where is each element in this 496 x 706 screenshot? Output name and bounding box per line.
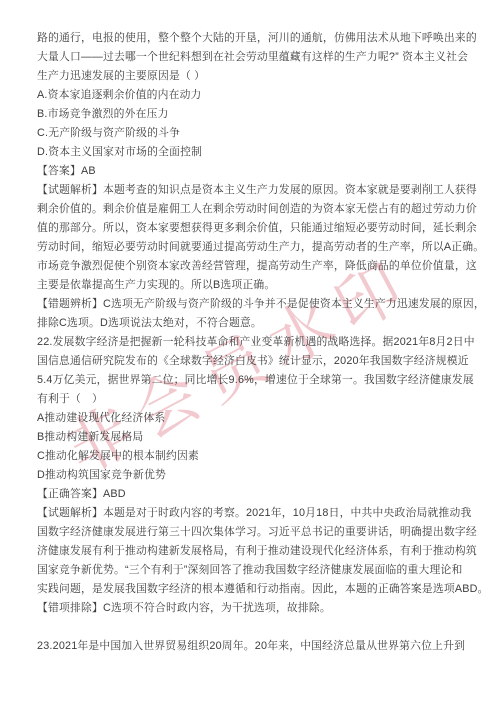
text-line: 国数字经济健康发展进行第三十四次集体学习。习近平总书记的重要讲话，明确提出数字经 bbox=[37, 523, 470, 542]
text-line: 【错题辨析】C选项无产阶级与资产阶级的斗争并不是促使资本主义生产力迅速发展的原因… bbox=[37, 295, 470, 314]
text-line: 劳动时间，缩短必要劳动时间就要通过提高劳动生产力，提高劳动者的生产率，所以A正确… bbox=[37, 238, 470, 257]
text-line: C.无产阶级与资产阶级的斗争 bbox=[37, 124, 470, 143]
text-line: 【试题解析】本题是对于时政内容的考察。2021年，10月18日，中共中央政治局就… bbox=[37, 504, 470, 523]
text-line: D.资本主义国家对市场的全面控制 bbox=[37, 143, 470, 162]
text-line: 大量人口——过去哪一个世纪料想到在社会劳动里蕴藏有这样的生产力呢?” 资本主义社… bbox=[37, 48, 470, 67]
text-line: 23.2021年是中国加入世界贸易组织20周年。20年来，中国经济总量从世界第六… bbox=[37, 637, 470, 656]
text-line: 排除C选项。D选项说法太绝对，不符合题意。 bbox=[37, 314, 470, 333]
text-line: 主要是依靠提高生产力实现的。所以B选项正确。 bbox=[37, 276, 470, 295]
text-line: 有利于（ ） bbox=[37, 390, 470, 409]
text-line: 国家竞争新优势。“三个有利于”深刻回答了推动我国数字经济健康发展面临的重大理论和 bbox=[37, 561, 470, 580]
document-content: 路的通行，电报的使用，整个整个大陆的开垦，河川的通航，仿佛用法术从地下呼唤出来的… bbox=[37, 29, 470, 656]
text-line: 实践问题，是发展我国数字经济的根本遵循和行动指南。因此，本题的正确答案是选项AB… bbox=[37, 580, 470, 599]
text-line: 市场竞争激烈促使个别资本家改善经营管理，提高劳动生产率，降低商品的单位价值量，这 bbox=[37, 257, 470, 276]
text-line: 【正确答案】ABD bbox=[37, 485, 470, 504]
text-line: 值的那部分。所以，资本家要想获得更多剩余价值，只能通过缩短必要劳动时间，延长剩余 bbox=[37, 219, 470, 238]
text-line: 路的通行，电报的使用，整个整个大陆的开垦，河川的通航，仿佛用法术从地下呼唤出来的 bbox=[37, 29, 470, 48]
text-line: 【试题解析】本题考查的知识点是资本主义生产力发展的原因。资本家就是要剥削工人获得 bbox=[37, 181, 470, 200]
text-line: 【错项排除】C选项不符合时政内容，为干扰选项，故排除。 bbox=[37, 599, 470, 618]
text-line: B.市场竞争激烈的外在压力 bbox=[37, 105, 470, 124]
text-line: A.资本家追逐剩余价值的内在动力 bbox=[37, 86, 470, 105]
text-line: 剩余价值的。剩余价值是雇佣工人在剩余劳动时间创造的为资本家无偿占有的超过劳动力价 bbox=[37, 200, 470, 219]
text-line: 22.发展数字经济是把握新一轮科技革命和产业变革新机遇的战略选择。据2021年8… bbox=[37, 333, 470, 352]
document-page: 非会员水印 路的通行，电报的使用，整个整个大陆的开垦，河川的通航，仿佛用法术从地… bbox=[0, 0, 496, 706]
text-line: 生产力迅速发展的主要原因是（ ） bbox=[37, 67, 470, 86]
text-line: 5.4万亿美元，据世界第二位；同比增长9.6%，增速位于全球第一。我国数字经济健… bbox=[37, 371, 470, 390]
text-line: 国信息通信研究院发布的《全球数字经济白皮书》统计显示，2020年我国数字经济规模… bbox=[37, 352, 470, 371]
text-line: A推动建设现代化经济体系 bbox=[37, 409, 470, 428]
text-line: C推动化解发展中的根本制约因素 bbox=[37, 447, 470, 466]
text-line: 济健康发展有利于推动构建新发展格局，有利于推动建设现代化经济体系，有利于推动构筑 bbox=[37, 542, 470, 561]
text-line bbox=[37, 618, 470, 637]
text-line: D推动构筑国家竞争新优势 bbox=[37, 466, 470, 485]
text-line: B推动构建新发展格局 bbox=[37, 428, 470, 447]
text-line: 【答案】AB bbox=[37, 162, 470, 181]
